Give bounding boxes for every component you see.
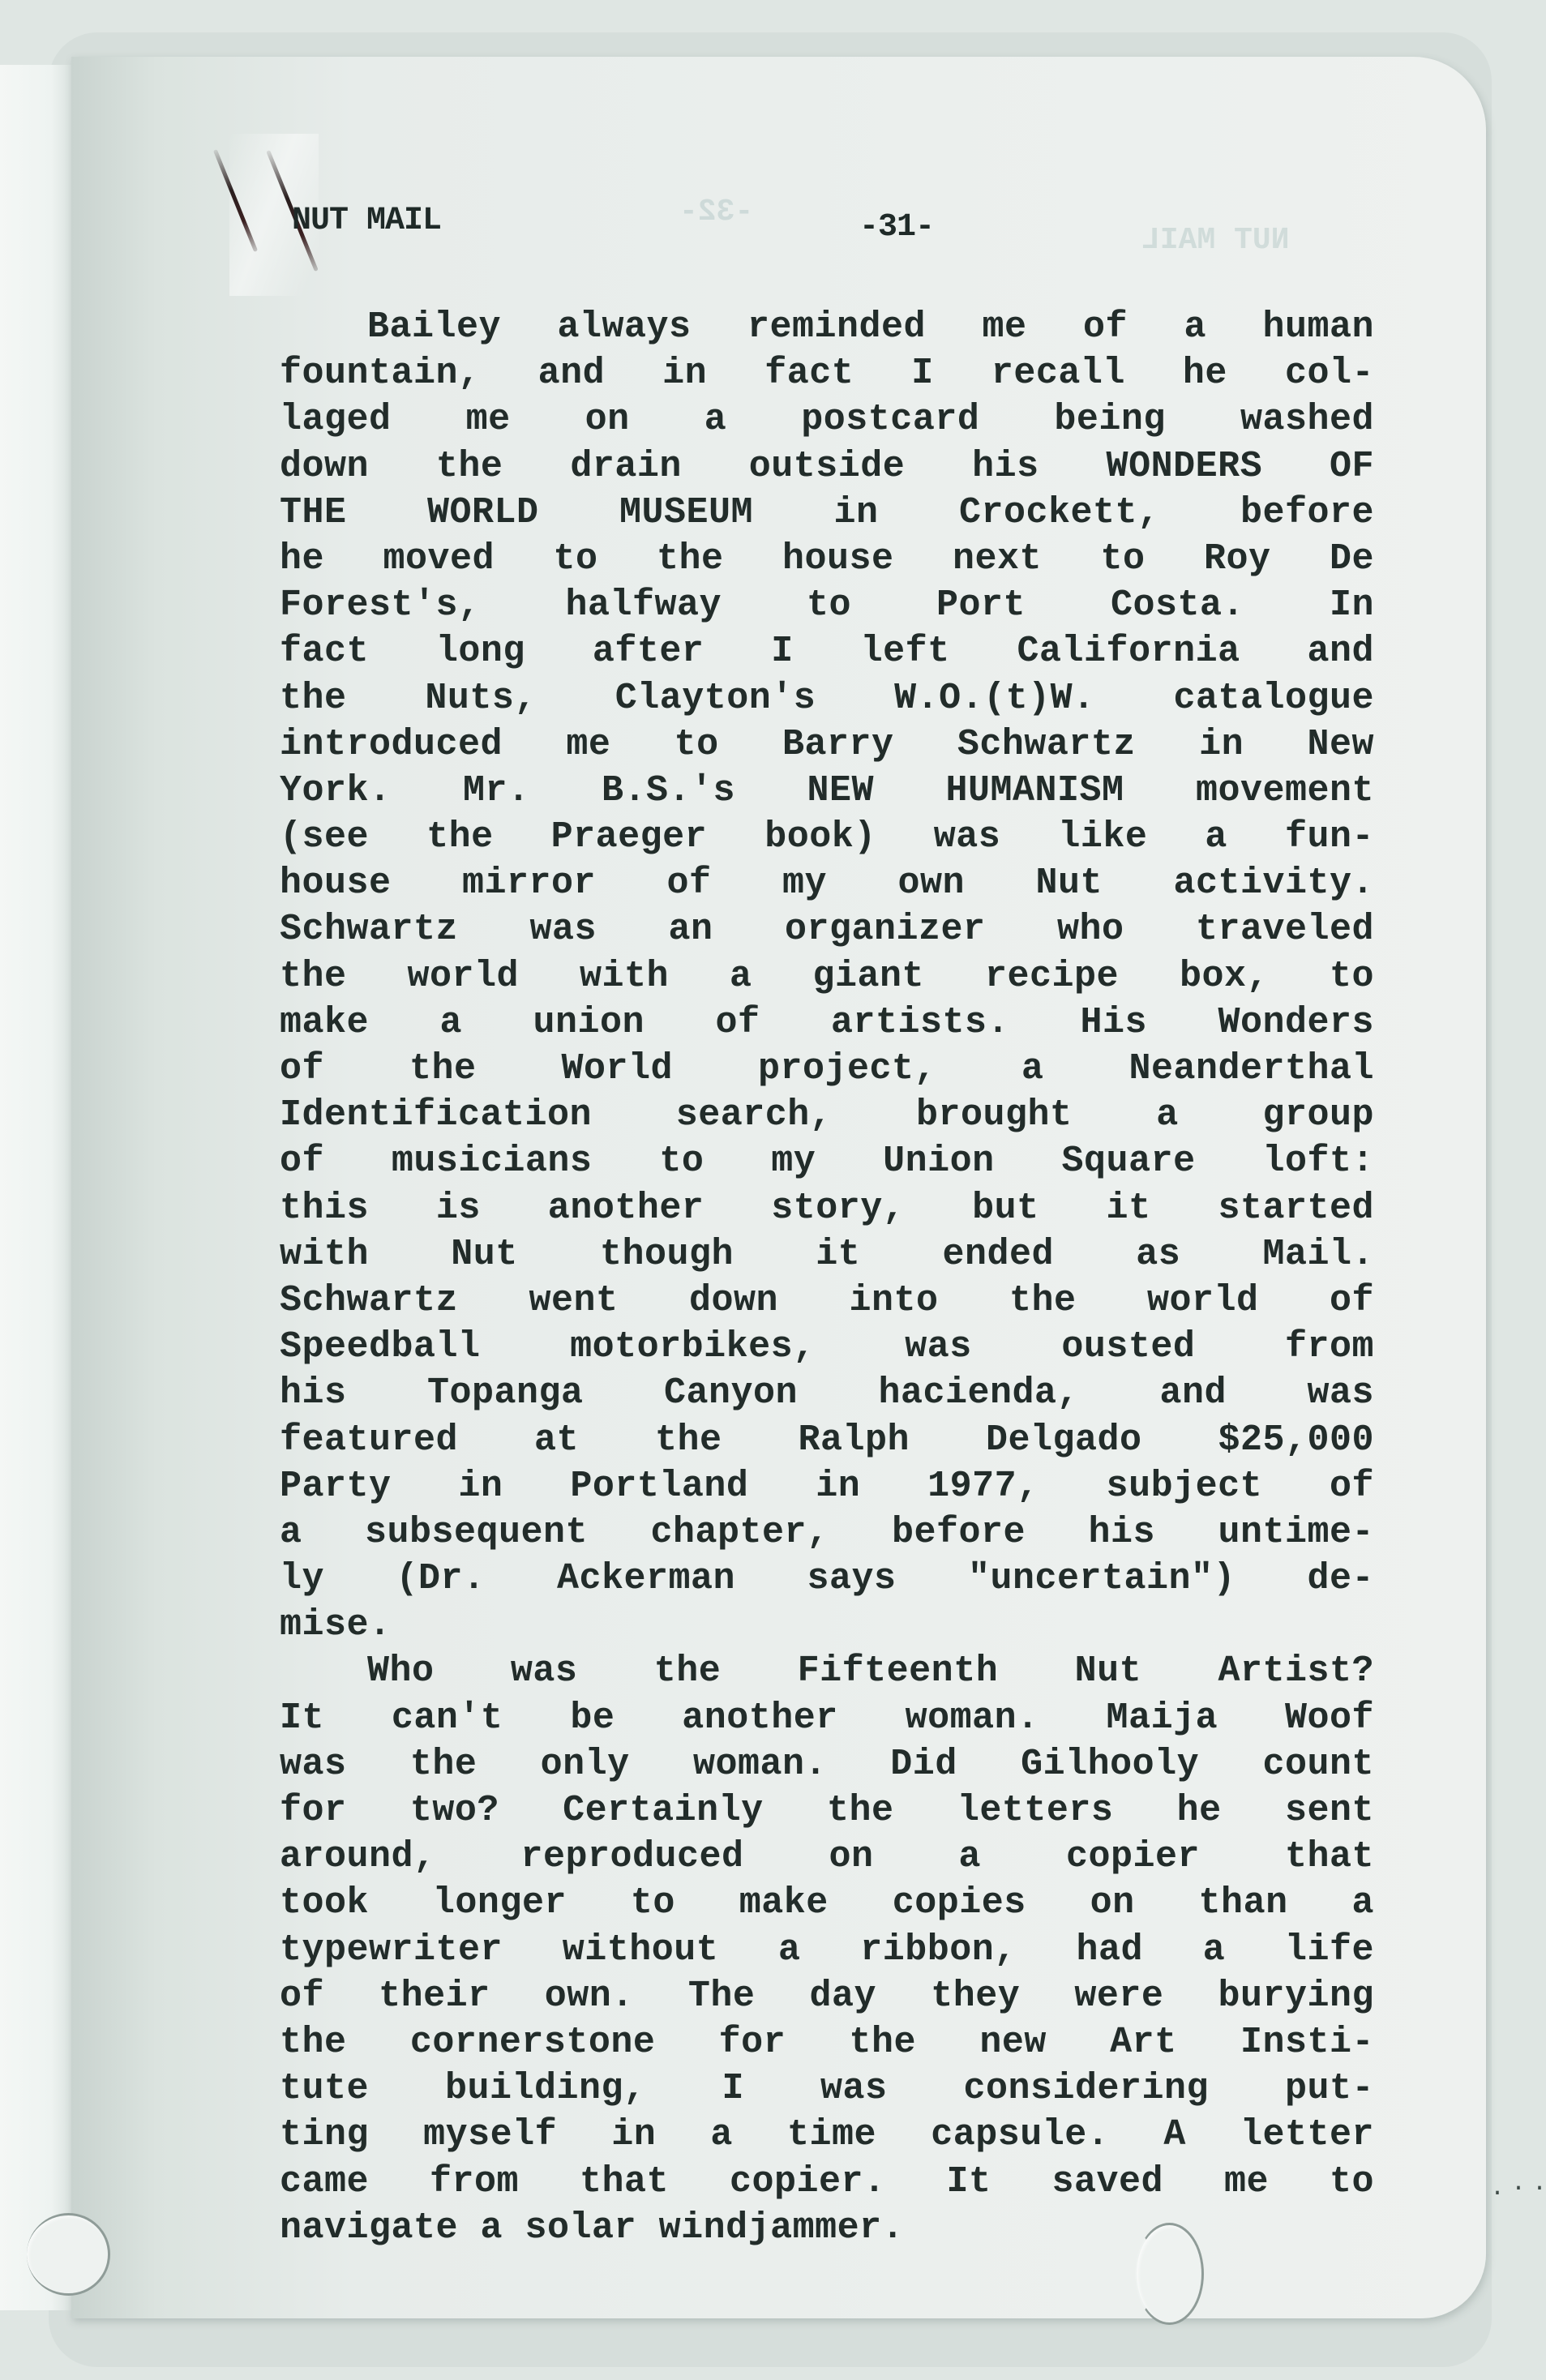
text-line: for two? Certainly the letters he sent	[280, 1787, 1374, 1834]
text-line: Who was the Fifteenth Nut Artist?	[280, 1648, 1374, 1694]
text-line: (see the Praeger book) was like a fun-	[280, 814, 1374, 860]
text-line: he moved to the house next to Roy De	[280, 536, 1374, 582]
text-line: York. Mr. B.S.'s NEW HUMANISM movement	[280, 768, 1374, 814]
running-title: NUT MAIL	[292, 203, 441, 239]
text-line: took longer to make copies on than a	[280, 1880, 1374, 1926]
text-line: typewriter without a ribbon, had a life	[280, 1927, 1374, 1973]
text-line: the cornerstone for the new Art Insti-	[280, 2019, 1374, 2065]
text-line: Party in Portland in 1977, subject of	[280, 1463, 1374, 1509]
text-line: It can't be another woman. Maija Woof	[280, 1695, 1374, 1741]
text-line: ly (Dr. Ackerman says "uncertain") de-	[280, 1556, 1374, 1602]
text-line: around, reproduced on a copier that	[280, 1834, 1374, 1880]
text-line: mise.	[280, 1602, 1374, 1648]
text-line: tute building, I was considering put-	[280, 2065, 1374, 2112]
paragraph: Bailey always reminded me of a humanfoun…	[280, 304, 1374, 1648]
body-text: Bailey always reminded me of a humanfoun…	[280, 304, 1374, 2251]
text-line: make a union of artists. His Wonders	[280, 1000, 1374, 1046]
text-line: this is another story, but it started	[280, 1185, 1374, 1231]
paragraph: Who was the Fifteenth Nut Artist?It can'…	[280, 1648, 1374, 2250]
text-line: ting myself in a time capsule. A letter	[280, 2112, 1374, 2158]
page-header: NUT MAIL -31-	[292, 203, 1378, 251]
text-line: laged me on a postcard being washed	[280, 396, 1374, 443]
facing-page-edge	[0, 65, 73, 2310]
text-line: down the drain outside his WONDERS OF	[280, 443, 1374, 490]
text-line: Bailey always reminded me of a human	[280, 304, 1374, 350]
text-line: Speedball motorbikes, was ousted from	[280, 1324, 1374, 1370]
text-line: fact long after I left California and	[280, 628, 1374, 674]
text-line: his Topanga Canyon hacienda, and was	[280, 1370, 1374, 1416]
text-line: introduced me to Barry Schwartz in New	[280, 721, 1374, 768]
ink-speck: .··	[1490, 2175, 1546, 2202]
text-line: with Nut though it ended as Mail.	[280, 1231, 1374, 1278]
text-line: of the World project, a Neanderthal	[280, 1046, 1374, 1092]
punch-hole-icon	[27, 2213, 110, 2296]
text-line: Forest's, halfway to Port Costa. In	[280, 582, 1374, 628]
text-line: Schwartz was an organizer who traveled	[280, 906, 1374, 952]
text-line: the world with a giant recipe box, to	[280, 953, 1374, 1000]
text-line: the Nuts, Clayton's W.O.(t)W. catalogue	[280, 675, 1374, 721]
text-line: of musicians to my Union Square loft:	[280, 1138, 1374, 1184]
text-line: Schwartz went down into the world of	[280, 1278, 1374, 1324]
text-line: navigate a solar windjammer.	[280, 2205, 1374, 2251]
text-line: THE WORLD MUSEUM in Crockett, before	[280, 490, 1374, 536]
page-number: -31-	[859, 209, 934, 246]
text-line: a subsequent chapter, before his untime-	[280, 1509, 1374, 1556]
text-line: came from that copier. It saved me to	[280, 2159, 1374, 2205]
text-line: featured at the Ralph Delgado $25,000	[280, 1417, 1374, 1463]
text-line: of their own. The day they were burying	[280, 1973, 1374, 2019]
text-line: was the only woman. Did Gilhooly count	[280, 1741, 1374, 1787]
text-line: Identification search, brought a group	[280, 1092, 1374, 1138]
text-line: house mirror of my own Nut activity.	[280, 860, 1374, 906]
text-line: fountain, and in fact I recall he col-	[280, 350, 1374, 396]
